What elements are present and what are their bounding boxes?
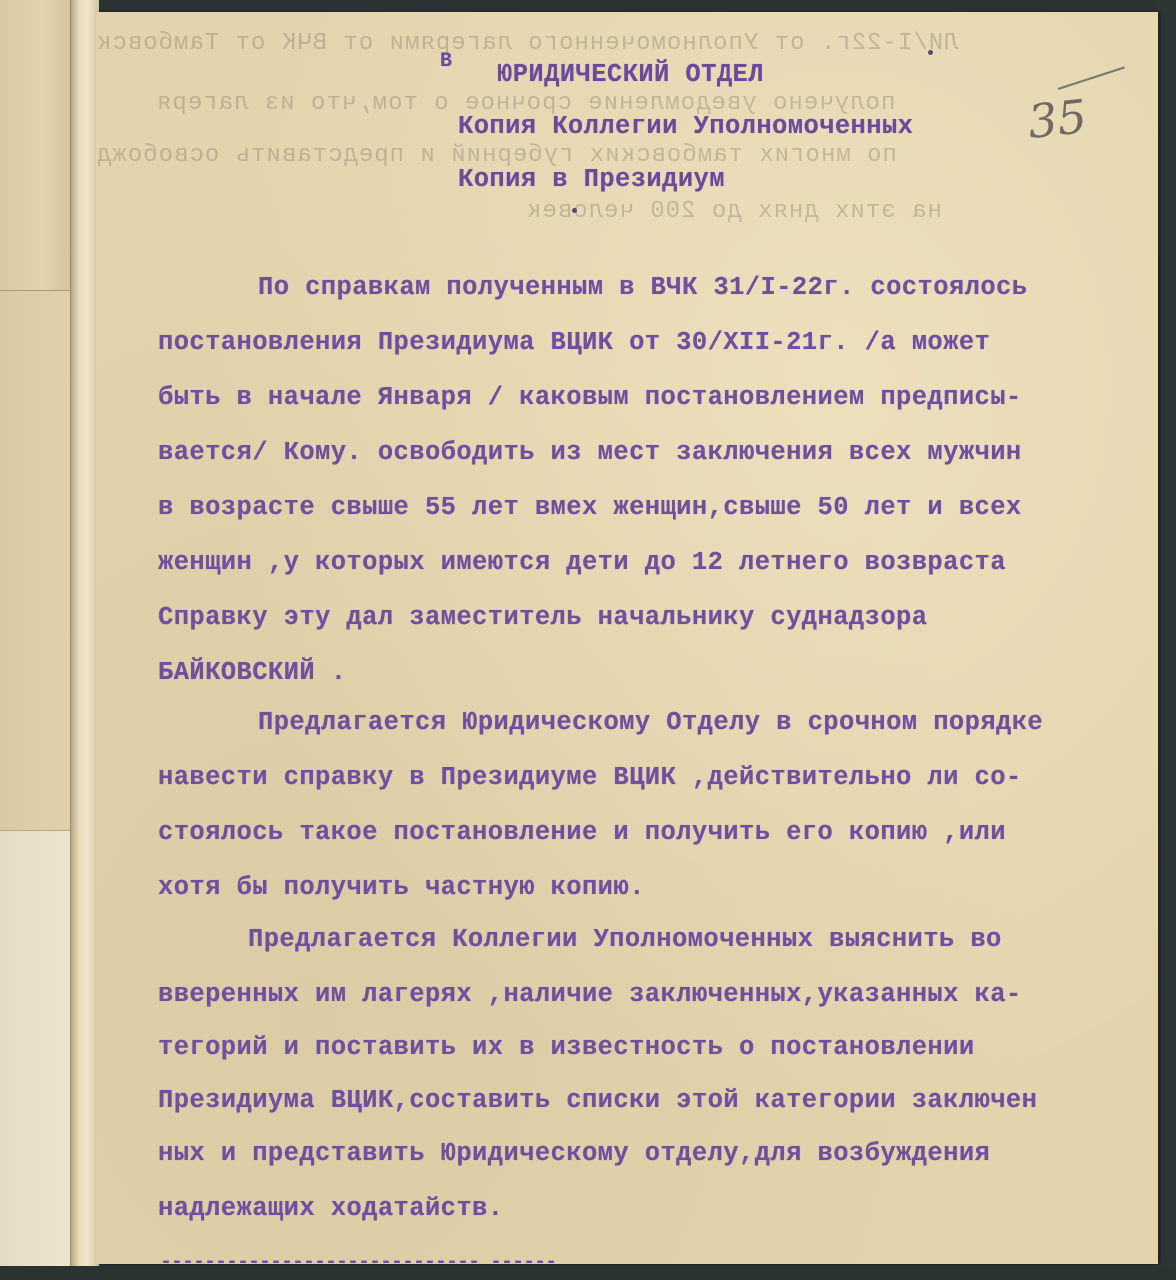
body-line: постановления Президиума ВЦИК от 30/XII-… (158, 328, 990, 357)
body-line: женщин ,у которых имеются дети до 12 лет… (158, 548, 1006, 577)
body-line: в возрасте свыше 55 лет вмех женщин,свыш… (158, 493, 1022, 522)
body-line: хотя бы получить частную копию. (158, 873, 645, 902)
background-edge (1158, 0, 1176, 1280)
body-line: Справку эту дал заместитель начальнику с… (158, 603, 927, 632)
body-line: тегорий и поставить их в известность о п… (158, 1033, 975, 1062)
folio-number: 35 (1025, 89, 1089, 149)
adjacent-page-bottom (0, 830, 70, 1271)
ink-dot (928, 50, 933, 55)
document-page: ЛИ/I-22г. от Уполномоченного лагерями от… (96, 12, 1158, 1264)
body-line: стоялось такое постановление и получить … (158, 818, 1006, 847)
body-line: навести справку в Президиуме ВЦИК ,дейст… (158, 763, 1022, 792)
binding-spine (70, 0, 99, 1280)
body-line: Предлагается Коллегии Уполномоченных выя… (248, 925, 1002, 954)
header-recipient: ЮРИДИЧЕСКИЙ ОТДЕЛ (497, 60, 764, 89)
bleed-through-line: на этих днях до 200 человек (526, 198, 942, 225)
background-bottom (0, 1266, 1176, 1280)
body-line: Президиума ВЦИК,составить списки этой ка… (158, 1086, 1037, 1115)
body-line: вается/ Кому. освободить из мест заключе… (158, 438, 1022, 467)
body-line: надлежащих ходатайств. (158, 1194, 503, 1223)
body-line: вверенных им лагерях ,наличие заключенны… (158, 980, 1022, 1009)
body-line: По справкам полученным в ВЧК 31/I-22г. с… (258, 273, 1027, 302)
header-prefix: В (440, 50, 452, 73)
bleed-through-line: ЛИ/I-22г. от Уполномоченного лагерями от… (96, 30, 959, 57)
adjacent-page-lower (0, 290, 70, 831)
body-line: быть в начале Января / каковым постановл… (158, 383, 1022, 412)
header-copy-presidium: Копия в Президиум (458, 165, 725, 194)
ink-dot (572, 208, 577, 213)
body-line: ных и представить Юридическому отделу,дл… (158, 1139, 990, 1168)
header-copy-collegium: Копия Коллегии Уполномоченных (458, 112, 913, 141)
body-line: БАЙКОВСКИЙ . (158, 658, 346, 687)
body-line: Предлагается Юридическому Отделу в срочн… (258, 708, 1043, 737)
